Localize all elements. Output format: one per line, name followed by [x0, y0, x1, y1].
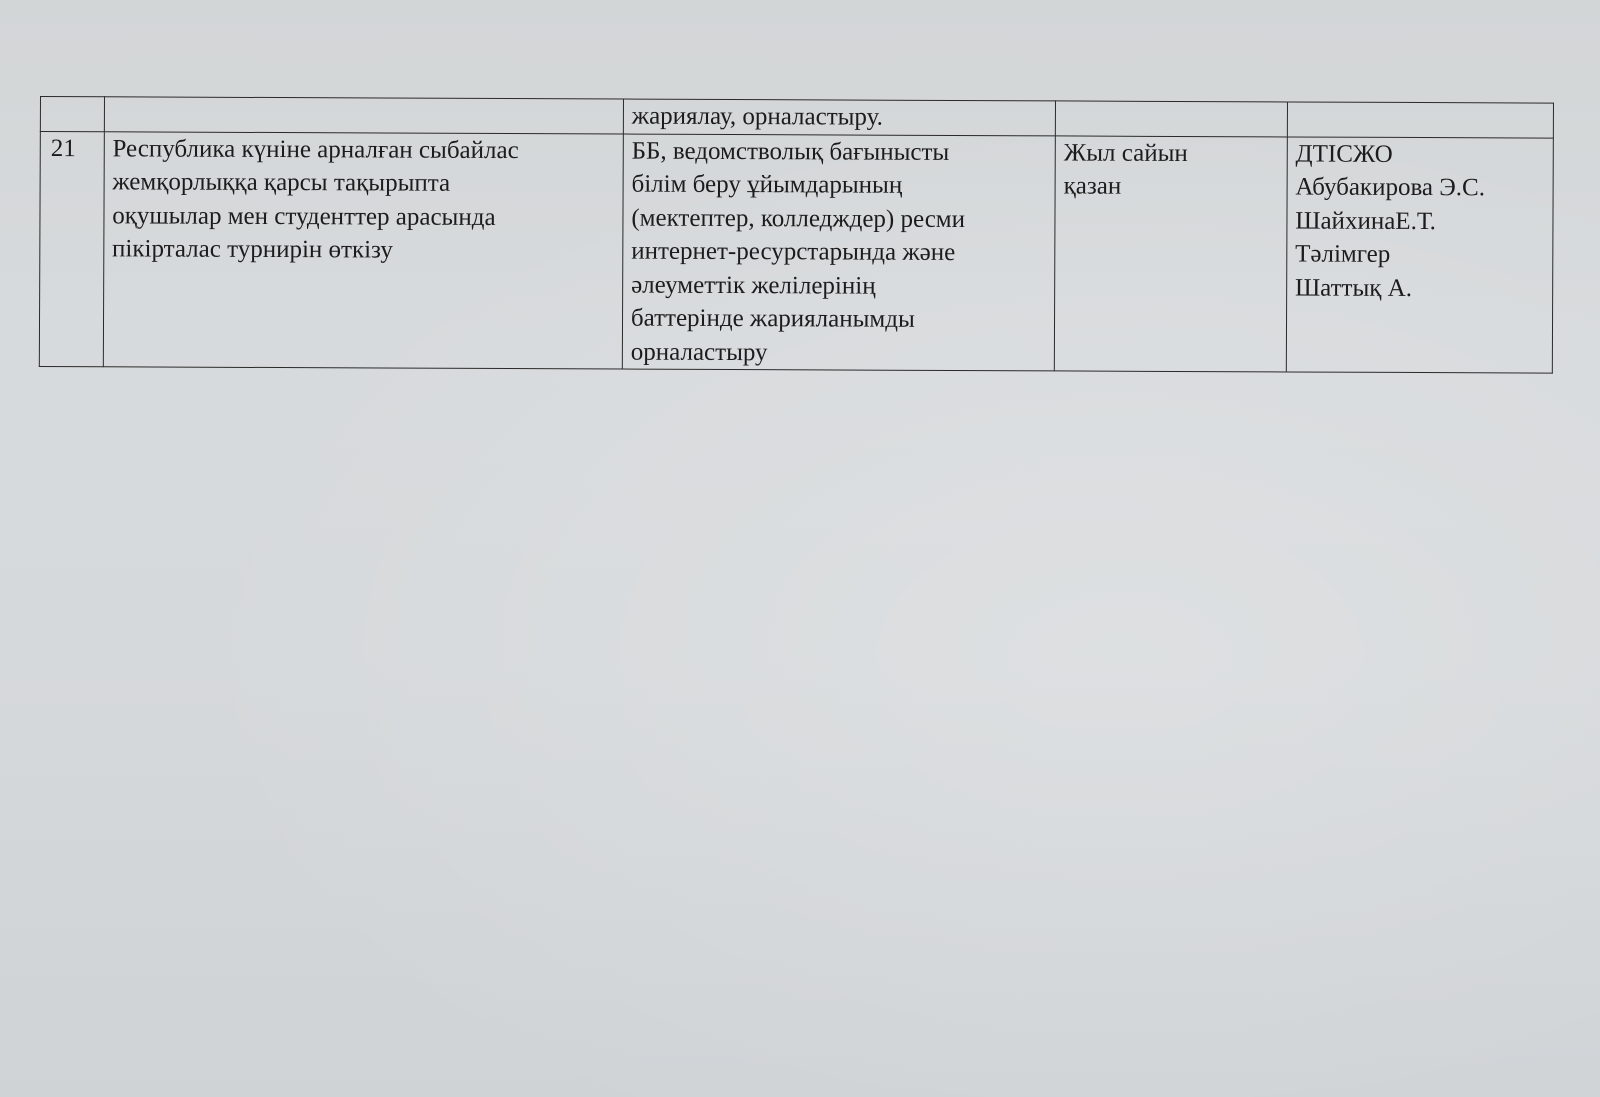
- responsible-line: Шаттық А.: [1295, 271, 1544, 306]
- cell-event: Республика күніне арналған сыбайлас жемқ…: [103, 131, 623, 369]
- event-line: жемқорлыққа қарсы тақырыпта: [112, 165, 614, 201]
- cell-form: ББ, ведомстволық бағынысты білім беру ұй…: [622, 134, 1055, 371]
- form-line: орналастыру: [631, 335, 1046, 370]
- cell-form: жариялау, орналастыру.: [623, 99, 1055, 135]
- cell-number: [40, 97, 104, 132]
- responsible-line: Тәлімгер: [1295, 237, 1544, 272]
- form-line: баттерінде жарияланымды: [631, 302, 1046, 337]
- event-line: оқушылар мен студенттер арасында: [112, 199, 614, 235]
- event-line: пікірталас турнирін өткізу: [112, 232, 614, 268]
- plan-table: жариялау, орналастыру. 21 Республика күн…: [39, 96, 1554, 374]
- form-line: (мектептер, колледждер) ресми: [631, 201, 1046, 236]
- cell-responsible: [1287, 102, 1553, 138]
- event-line: Республика күніне арналған сыбайлас: [112, 132, 614, 168]
- responsible-line: Абубакирова Э.С.: [1295, 170, 1544, 205]
- cell-event: [104, 97, 623, 134]
- cell-when: [1055, 101, 1287, 137]
- responsible-line: ШайхинаЕ.Т.: [1295, 204, 1544, 239]
- responsible-line: ДТІСЖО: [1295, 137, 1544, 172]
- cell-when: Жыл сайын қазан: [1054, 135, 1287, 372]
- form-line: әлеуметтік желілерінің: [631, 268, 1046, 303]
- when-line: қазан: [1064, 169, 1279, 203]
- cell-responsible: ДТІСЖО Абубакирова Э.С. ШайхинаЕ.Т. Тәлі…: [1286, 136, 1553, 373]
- form-line: ББ, ведомстволық бағынысты: [632, 134, 1047, 169]
- when-line: Жыл сайын: [1064, 136, 1279, 170]
- cell-number: 21: [39, 131, 104, 367]
- table-row: 21 Республика күніне арналған сыбайлас ж…: [39, 131, 1553, 373]
- form-line: интернет-ресурстарында және: [631, 235, 1046, 270]
- form-line: білім беру ұйымдарының: [631, 168, 1046, 203]
